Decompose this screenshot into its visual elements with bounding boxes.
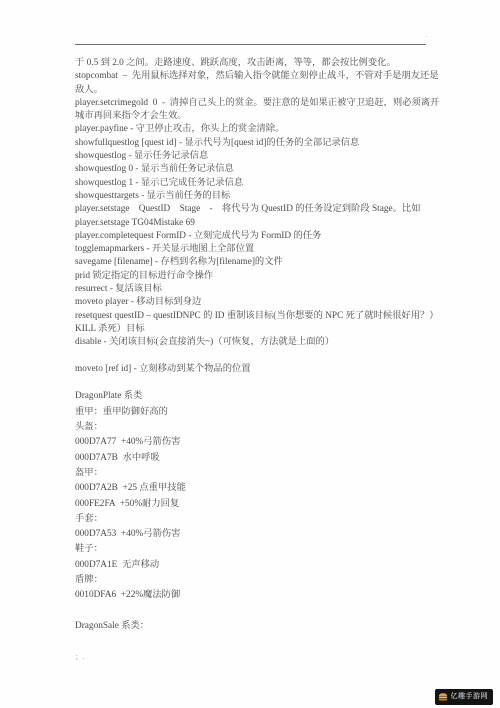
- text-line: 城市再回来指令才会生效。: [75, 110, 437, 123]
- text-line: [75, 634, 437, 649]
- text-line: 盾牌：: [75, 573, 437, 588]
- text-line: player.setstage QuestID Stage - 将代号为 Que…: [75, 203, 437, 216]
- text-line: DragonPlate 系类: [75, 389, 437, 404]
- text-line: [75, 604, 437, 619]
- text-line: 000D7A77 +40%弓箭伤害: [75, 435, 437, 450]
- text-line: 敌人。: [75, 84, 437, 97]
- text-line: 于 0.5 到 2.0 之间。走路速度、跳跃高度，攻击距离，等等，都会按比例变化…: [75, 57, 437, 70]
- text-line: player.completequest FormID - 立刻完成代号为 Fo…: [75, 230, 437, 243]
- text-line: showquestlog - 显示任务记录信息: [75, 150, 437, 163]
- text-line: moveto [ref id] - 立刻移动到某个物品的位置: [75, 363, 437, 376]
- text-line: 000D7A2B +25 点重甲技能: [75, 481, 437, 496]
- text-line: savegame [filename] - 存档到名称为[filename]的文…: [75, 256, 437, 269]
- text-line: 头盔：: [75, 420, 437, 435]
- text-line: stopcombat – 先用鼠标选择对象，然后输入指令就能立刻停止战斗，不管对…: [75, 70, 437, 83]
- text-line: 000FE2FA +50%耐力回复: [75, 497, 437, 512]
- watermark-label: 亿趣手游网: [451, 692, 489, 702]
- text-line: showfullquestlog [quest id] - 显示代号为[ques…: [75, 137, 437, 150]
- text-line: showquestlog 0 - 显示当前任务记录信息: [75, 163, 437, 176]
- text-line: 手套：: [75, 512, 437, 527]
- burger-icon: [438, 692, 448, 702]
- text-line: 000D7A53 +40%弓箭伤害: [75, 527, 437, 542]
- text-line: 重甲：重甲防御好高的: [75, 405, 437, 420]
- text-line: 鞋子：: [75, 542, 437, 557]
- text-line: disable - 关闭该目标(会直接消失~)（可恢复，方法就是上面的）: [75, 336, 437, 349]
- text-line: player.payfine - 守卫停止攻击，你头上的赏金清除。: [75, 123, 437, 136]
- text-line: togglemapmarkers - 开关显示地图上全部位置: [75, 243, 437, 256]
- text-line: player.setstage TG04Mistake 69: [75, 217, 437, 230]
- text-line: moveto player - 移动目标到身边: [75, 296, 437, 309]
- header-rule: [75, 44, 426, 45]
- text-line: player.setcrimegold 0 - 清掉自己头上的赏金。要注意的是如…: [75, 97, 437, 110]
- header-rule-mark: ·: [425, 34, 427, 41]
- document-content: 于 0.5 到 2.0 之间。走路速度、跳跃高度，攻击距离，等等，都会按比例变化…: [75, 57, 437, 665]
- text-line: 0010DFA6 +22%魔法防御: [75, 588, 437, 603]
- text-line: ；.: [75, 649, 437, 664]
- text-line: DragonSale 系类：: [75, 619, 437, 634]
- text-line: 000D7A1E 无声移动: [75, 558, 437, 573]
- text-line: 盔甲：: [75, 466, 437, 481]
- text-line: showquestlog 1 - 显示已完成任务记录信息: [75, 177, 437, 190]
- watermark-badge: 亿趣手游网: [435, 689, 494, 705]
- text-line: 000D7A7B 水中呼吸: [75, 451, 437, 466]
- text-line: resurrect - 复活该目标: [75, 283, 437, 296]
- text-line: [75, 376, 437, 389]
- text-line: resetquest questID – questIDNPC 的 ID 重制该…: [75, 310, 437, 323]
- document-page: · 于 0.5 到 2.0 之间。走路速度、跳跃高度，攻击距离，等等，都会按比例…: [0, 0, 500, 708]
- text-line: KILL 杀死）目标: [75, 323, 437, 336]
- text-line: prid 锁定指定的目标进行命令操作: [75, 270, 437, 283]
- text-line: showquesttargets - 显示当前任务的目标: [75, 190, 437, 203]
- text-line: [75, 350, 437, 363]
